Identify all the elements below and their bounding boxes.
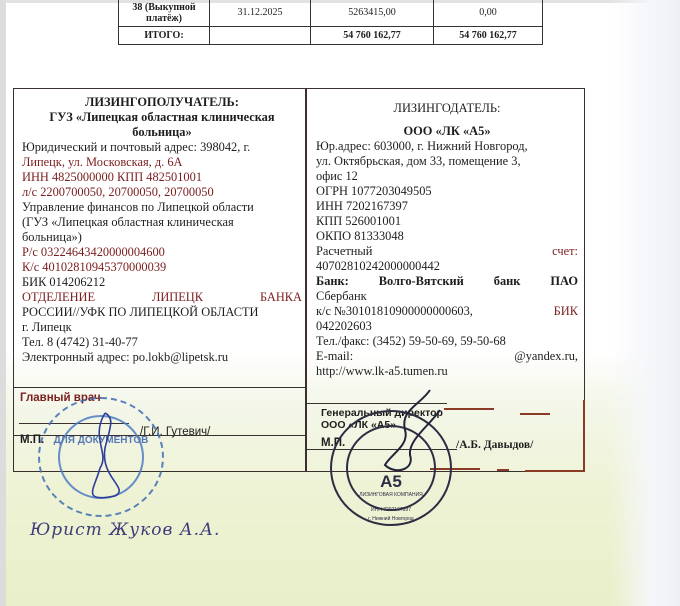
lessee-name-line1: ГУЗ «Липецкая областная клиническая bbox=[22, 110, 302, 125]
lessee-ks: К/с 40102810945370000039 bbox=[22, 260, 302, 275]
lessor-name: ООО «ЛК «А5» bbox=[316, 124, 578, 139]
email-label: E-mail: bbox=[316, 349, 353, 364]
lessee-inn-kpp: ИНН 4825000000 КПП 482501001 bbox=[22, 170, 302, 185]
lessor-stamp-inn: ИНН 7202167397 bbox=[332, 507, 450, 513]
lessee-finance-line3: больница») bbox=[22, 230, 302, 245]
handwritten-note: Юрист Жуков А.А. bbox=[30, 520, 220, 540]
lessee-name-line2: больница» bbox=[22, 125, 302, 140]
lessee-city: г. Липецк bbox=[22, 320, 302, 335]
lessor-signer-name: /А.Б. Давыдов/ bbox=[456, 439, 533, 451]
column-divider bbox=[305, 89, 307, 471]
lessee-bank-line1: ОТДЕЛЕНИЕ ЛИПЕЦК БАНКА bbox=[22, 290, 302, 305]
lessor-email: E-mail: @yandex.ru, bbox=[316, 349, 578, 364]
page-left-edge bbox=[0, 0, 6, 606]
payment-schedule-table: 38 (Выкупной платёж) 31.12.2025 5263415,… bbox=[118, 0, 543, 45]
lessee-ls: л/с 2200700050, 20700050, 20700050 bbox=[22, 185, 302, 200]
lessor-kpp: КПП 526001001 bbox=[316, 214, 578, 229]
lessor-phone: Тел./факс: (3452) 59-50-69, 59-50-68 bbox=[316, 334, 578, 349]
bank-word-3: банк bbox=[494, 274, 521, 289]
bank-word-1: Банк: bbox=[316, 274, 349, 289]
table-total-row: ИТОГО: 54 760 162,77 54 760 162,77 bbox=[119, 27, 543, 45]
cell-total-payment: 54 760 162,77 bbox=[311, 27, 434, 45]
lessee-signature-icon bbox=[70, 408, 140, 508]
email-value: @yandex.ru, bbox=[514, 349, 578, 364]
lessee-bik: БИК 014206212 bbox=[22, 275, 302, 290]
lessee-finance-line1: Управление финансов по Липецкой области bbox=[22, 200, 302, 215]
lessee-address-line2: Липецк, ул. Московская, д. 6А bbox=[22, 155, 302, 170]
lessor-account-label: Расчетный счет: bbox=[316, 244, 578, 259]
bik-label: БИК bbox=[554, 304, 578, 319]
lessor-bik: 042202603 bbox=[316, 319, 578, 334]
lessor-column: ЛИЗИНГОДАТЕЛЬ: ООО «ЛК «А5» Юр.адрес: 60… bbox=[316, 89, 578, 379]
bank-word-2: ЛИПЕЦК bbox=[152, 290, 203, 305]
lessor-address-line3: офис 12 bbox=[316, 169, 578, 184]
lessee-heading: ЛИЗИНГОПОЛУЧАТЕЛЬ: bbox=[22, 95, 302, 110]
table-row: 38 (Выкупной платёж) 31.12.2025 5263415,… bbox=[119, 0, 543, 27]
lessor-address-line1: Юр.адрес: 603000, г. Нижний Новгород, bbox=[316, 139, 578, 154]
cell-remainder: 0,00 bbox=[434, 0, 543, 27]
account-label-word-2: счет: bbox=[552, 244, 578, 259]
lessor-heading: ЛИЗИНГОДАТЕЛЬ: bbox=[316, 101, 578, 116]
lessor-okpo: ОКПО 81333048 bbox=[316, 229, 578, 244]
lessor-ogrn: ОГРН 1077203049505 bbox=[316, 184, 578, 199]
lessee-rs: Р/с 03224643420000004600 bbox=[22, 245, 302, 260]
lessee-bank-line2: РОССИИ//УФК ПО ЛИПЕЦКОЙ ОБЛАСТИ bbox=[22, 305, 302, 320]
bank-word-1: ОТДЕЛЕНИЕ bbox=[22, 290, 95, 305]
lessee-sign-top-line bbox=[14, 387, 305, 388]
cell-total-date bbox=[210, 27, 311, 45]
bank-word-4: ПАО bbox=[550, 274, 578, 289]
lessor-bank-line1: Банк: Волго-Вятский банк ПАО bbox=[316, 274, 578, 289]
lessor-address-line2: ул. Октябрьская, дом 33, помещение 3, bbox=[316, 154, 578, 169]
lessee-phone: Тел. 8 (4742) 31-40-77 bbox=[22, 335, 302, 350]
cell-payment-date: 31.12.2025 bbox=[210, 0, 311, 27]
lessor-inn: ИНН 7202167397 bbox=[316, 199, 578, 214]
cell-payment-number: 38 (Выкупной платёж) bbox=[119, 0, 210, 27]
dashed-line bbox=[525, 470, 585, 472]
lessor-stamp-city: г. Нижний Новгород bbox=[332, 516, 450, 522]
lessee-column: ЛИЗИНГОПОЛУЧАТЕЛЬ: ГУЗ «Липецкая областн… bbox=[22, 89, 302, 365]
ks-number: к/с №30101810900000000603, bbox=[316, 304, 473, 319]
cell-payment-amount: 5263415,00 bbox=[311, 0, 434, 27]
lessor-bank-line2: Сбербанк bbox=[316, 289, 578, 304]
cell-total-label: ИТОГО: bbox=[119, 27, 210, 45]
dashed-line bbox=[520, 413, 550, 415]
lessee-email: Электронный адрес: po.lokb@lipetsk.ru bbox=[22, 350, 302, 365]
lessor-signature-icon bbox=[370, 385, 460, 485]
bank-word-3: БАНКА bbox=[260, 290, 302, 305]
lessee-address-line1: Юридический и почтовый адрес: 398042, г. bbox=[22, 140, 302, 155]
lessee-finance-line2: (ГУЗ «Липецкая областная клиническая bbox=[22, 215, 302, 230]
bank-word-2: Волго-Вятский bbox=[379, 274, 464, 289]
cell-total-remainder: 54 760 162,77 bbox=[434, 27, 543, 45]
page-right-shadow bbox=[610, 0, 680, 606]
account-label-word-1: Расчетный bbox=[316, 244, 372, 259]
lessor-web: http://www.lk-a5.tumen.ru bbox=[316, 364, 578, 379]
lessor-ks-line: к/с №30101810900000000603, БИК bbox=[316, 304, 578, 319]
lessor-stamp-subtitle: ЛИЗИНГОВАЯ КОМПАНИЯ bbox=[332, 492, 450, 498]
dashed-line bbox=[497, 469, 509, 471]
lessor-account-number: 40702810242000000442 bbox=[316, 259, 578, 274]
dashed-line-vertical bbox=[583, 400, 585, 470]
